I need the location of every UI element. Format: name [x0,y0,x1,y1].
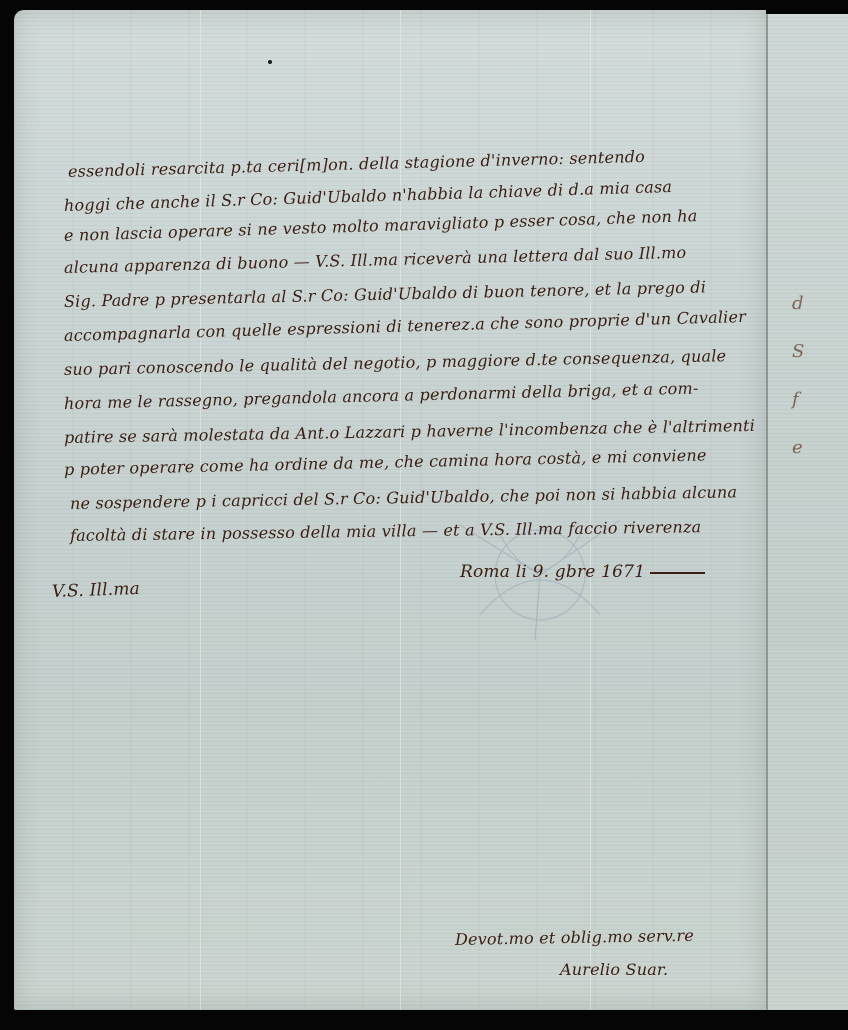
dateline: Roma li 9. gbre 1671 [460,562,645,582]
dateline-flourish [650,572,705,574]
salutation-left: V.S. Ill.ma [52,579,141,602]
signature: Aurelio Suar. [560,960,668,979]
margin-glyph: f [792,376,822,424]
margin-glyph: S [792,328,822,376]
page-fold [766,14,768,1010]
margin-annotation: d S f e [792,280,822,472]
adjacent-folded-page [767,14,848,1010]
ink-spot [268,60,272,64]
margin-glyph: d [792,280,822,328]
margin-glyph: e [792,424,822,472]
